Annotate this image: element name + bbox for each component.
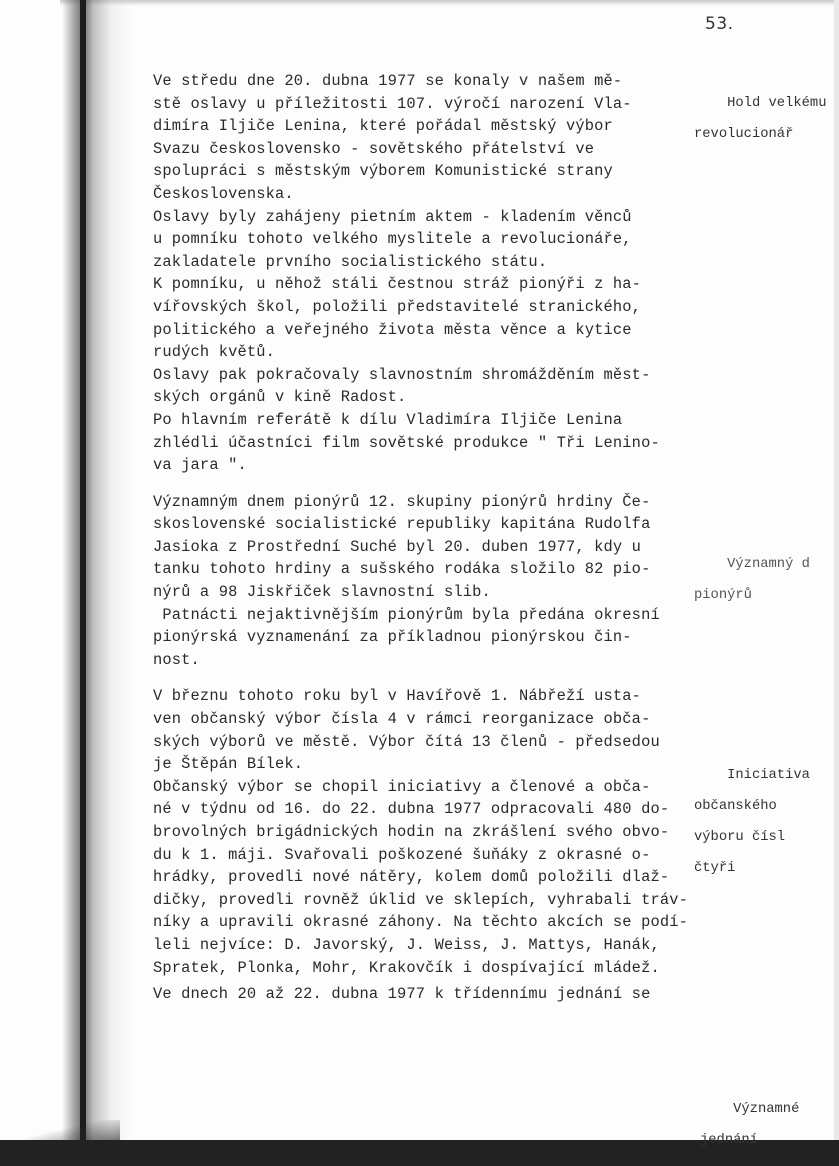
- text-line: rudých květů.: [153, 341, 713, 364]
- text-line: hrádky, provedli nové nátěry, kolem domů…: [153, 866, 713, 889]
- text-line: dičky, provedli rovněž úklid ve sklepích…: [153, 889, 713, 912]
- document-page: 53. Ve středu dne 20. dubna 1977 se kona…: [0, 0, 839, 1166]
- text-line: va jara ".: [153, 454, 713, 477]
- margin-note-line: jednání: [700, 1133, 758, 1148]
- margin-note-line: výboru čísl: [694, 830, 785, 845]
- text-line: spolupráci s městským výborem Komunistic…: [153, 160, 713, 183]
- text-line: nost.: [153, 649, 713, 672]
- margin-note-tribute: Hold velkému revolucionář: [694, 80, 839, 158]
- text-line: Ve dnech 20 až 22. dubna 1977 k třídenní…: [153, 983, 713, 1006]
- text-line: Oslavy pak pokračovaly slavnostním shrom…: [153, 364, 713, 387]
- binding-shadow: [62, 0, 132, 1140]
- text-line: Svazu československo - sovětského přátel…: [153, 138, 713, 161]
- text-line: zhlédli účastníci film sovětské produkce…: [153, 432, 713, 455]
- margin-note-line: občanského: [694, 799, 777, 814]
- text-line: Ve středu dne 20. dubna 1977 se konaly v…: [153, 70, 713, 93]
- text-line: dimíra Iljiče Lenina, které pořádal měst…: [153, 115, 713, 138]
- paragraph-civic-committee: V březnu tohoto roku byl v Havířově 1. N…: [153, 685, 713, 979]
- text-line: Po hlavním referátě k dílu Vladimíra Ilj…: [153, 409, 713, 432]
- text-line: né v týdnu od 16. do 22. dubna 1977 odpr…: [153, 798, 713, 821]
- text-line: pionýrská vyznamenání za příkladnou pion…: [153, 626, 713, 649]
- margin-note-important-meeting: Významné jednání: [700, 1086, 839, 1164]
- margin-note-line: Hold velkému: [727, 96, 826, 111]
- margin-note-civic-initiative: Iniciativa občanského výboru čísl čtyři: [694, 752, 839, 892]
- text-line: Československa.: [153, 183, 713, 206]
- text-line: leli nejvíce: D. Javorský, J. Weiss, J. …: [153, 934, 713, 957]
- text-line: nýrů a 98 Jiskřiček slavnostní slib.: [153, 581, 713, 604]
- text-line: Jasioka z Prostřední Suché byl 20. duben…: [153, 536, 713, 559]
- margin-note-line: revolucionář: [694, 127, 793, 142]
- text-line: Oslavy byly zahájeny pietním aktem - kla…: [153, 206, 713, 229]
- margin-note-line: Iniciativa: [727, 768, 810, 783]
- page-number: 53.: [705, 14, 734, 34]
- text-line: Občanský výbor se chopil iniciativy a čl…: [153, 776, 713, 799]
- text-line: tanku tohoto hrdiny a sušského rodáka sl…: [153, 558, 713, 581]
- text-line: stě oslavy u příležitosti 107. výročí na…: [153, 93, 713, 116]
- page-top-edge: [60, 0, 839, 6]
- text-line: politického a veřejného života města věn…: [153, 319, 713, 342]
- text-line: Patnácti nejaktivnějším pionýrům byla př…: [153, 604, 713, 627]
- text-line: V březnu tohoto roku byl v Havířově 1. N…: [153, 685, 713, 708]
- paragraph-lenin-celebration: Ve středu dne 20. dubna 1977 se konaly v…: [153, 70, 713, 477]
- paragraph-pioneers: Významným dnem pionýrů 12. skupiny pioný…: [153, 491, 713, 672]
- margin-note-line: čtyři: [694, 861, 735, 876]
- binding-line: [80, 0, 86, 1150]
- text-line: vířovských škol, položili představitelé …: [153, 296, 713, 319]
- text-line: zakladatele prvního socialistického stát…: [153, 251, 713, 274]
- text-line: K pomníku, u něhož stáli čestnou stráž p…: [153, 273, 713, 296]
- text-line: níky a upravili okrasné záhony. Na těcht…: [153, 911, 713, 934]
- text-line: du k 1. máji. Svařovali poškozené šuňáky…: [153, 844, 713, 867]
- margin-note-line: pionýrů: [694, 588, 752, 603]
- body-text: Ve středu dne 20. dubna 1977 se konaly v…: [153, 70, 713, 1006]
- paragraph-gap: [153, 671, 713, 685]
- text-line: brovolných brigádnických hodin na zkrášl…: [153, 821, 713, 844]
- text-line: je Štěpán Bílek.: [153, 753, 713, 776]
- text-line: ských orgánů v kině Radost.: [153, 386, 713, 409]
- text-line: u pomníku tohoto velkého myslitele a rev…: [153, 228, 713, 251]
- margin-note-pioneer-day: Významný d pionýrů: [694, 541, 839, 619]
- paragraph-gap: [153, 477, 713, 491]
- text-line: ven občanský výbor čísla 4 v rámci reorg…: [153, 708, 713, 731]
- text-line: Významným dnem pionýrů 12. skupiny pioný…: [153, 491, 713, 514]
- margin-note-line: Významný d: [727, 557, 810, 572]
- paragraph-meeting: Ve dnech 20 až 22. dubna 1977 k třídenní…: [153, 983, 713, 1006]
- margin-note-line: Významné: [733, 1102, 799, 1117]
- text-line: ských výborů ve městě. Výbor čítá 13 čle…: [153, 731, 713, 754]
- text-line: Spratek, Plonka, Mohr, Krakovčík i dospí…: [153, 957, 713, 980]
- text-line: skoslovenské socialistické republiky kap…: [153, 513, 713, 536]
